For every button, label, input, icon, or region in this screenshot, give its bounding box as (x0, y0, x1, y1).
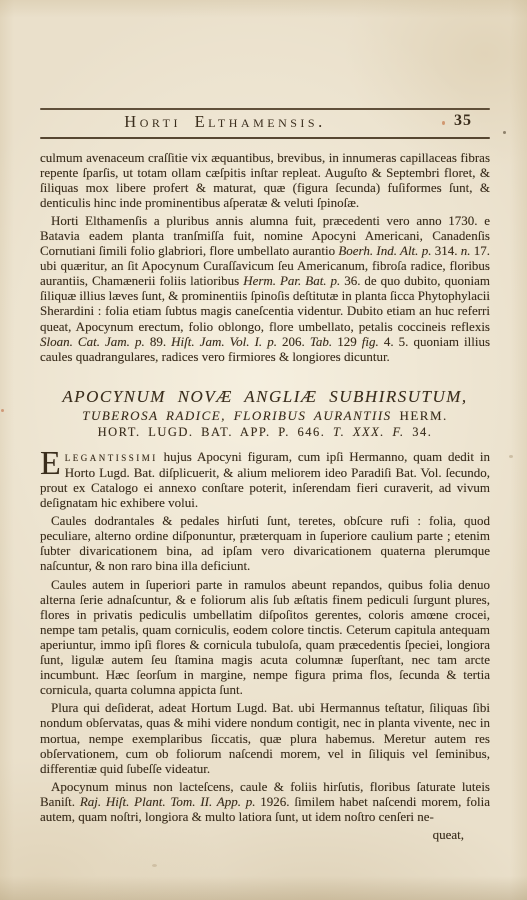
paper-speck (1, 409, 4, 412)
citation-text: Tab. (310, 334, 332, 349)
citation-text: Hiſt. Jam. Vol. I. p. (171, 334, 277, 349)
body-run: HERM. (399, 408, 447, 423)
paper-speck (509, 455, 513, 458)
body-text: culmum avenaceum craſſitie vix æquantibu… (40, 150, 490, 843)
species-heading-line: APOCYNUM NOVÆ ANGLIÆ SUBHIRSUTUM, (40, 387, 490, 406)
paragraph: Caules dodrantales & pedales hirſuti ſun… (40, 513, 490, 573)
paragraph: Plura qui deſiderat, adeat Hortum Lugd. … (40, 700, 490, 775)
body-run: Caules autem in ſuperiori parte in ramul… (40, 577, 490, 698)
paragraph: Elegantissimi hujus Apocyni figuram, cum… (40, 449, 490, 510)
text-block: Horti Elthamensis. 35 culmum avenaceum c… (40, 108, 490, 842)
citation-text: Boerh. Ind. Alt. p. (338, 243, 431, 258)
scanned-book-page: Horti Elthamensis. 35 culmum avenaceum c… (0, 0, 527, 900)
body-run: 206. (277, 334, 310, 349)
paper-speck (152, 864, 157, 867)
body-run: 89. (145, 334, 171, 349)
paragraph: Apocynum minus non lacteſcens, caule & f… (40, 779, 490, 824)
citation-text: Raj. Hiſt. Plant. Tom. II. App. p. (80, 794, 256, 809)
paragraph: culmum avenaceum craſſitie vix æquantibu… (40, 150, 490, 210)
citation-text: T. XXX. F. (333, 425, 405, 439)
small-caps-word: legantissimi (65, 450, 158, 464)
paragraph: Caules autem in ſuperiori parte in ramul… (40, 577, 490, 698)
running-head: Horti Elthamensis. 35 (40, 108, 490, 139)
citation-text: fig. (362, 334, 379, 349)
header-rule-bottom (40, 137, 490, 139)
body-run: Plura qui deſiderat, adeat Hortum Lugd. … (40, 700, 490, 775)
drop-cap: E (40, 449, 65, 477)
citation-text: TUBEROSA RADICE, FLORIBUS AURANTIIS (82, 408, 399, 423)
paragraph: Horti Elthamenſis a pluribus annis alumn… (40, 213, 490, 364)
body-run: 314. (431, 243, 460, 258)
citation-text: APOCYNUM NOVÆ ANGLIÆ SUBHIRSUTUM, (62, 387, 467, 406)
paper-speck (442, 121, 445, 125)
header-row: Horti Elthamensis. 35 (40, 111, 490, 135)
citation-text: n. (461, 243, 471, 258)
catchword: queat, (40, 827, 490, 842)
body-run: 129 (332, 334, 362, 349)
body-run: 34. (405, 425, 433, 439)
species-heading: APOCYNUM NOVÆ ANGLIÆ SUBHIRSUTUM,TUBEROS… (40, 387, 490, 439)
page-number: 35 (454, 112, 472, 130)
intro-paragraphs: culmum avenaceum craſſitie vix æquantibu… (40, 150, 490, 364)
species-paragraphs: Elegantissimi hujus Apocyni figuram, cum… (40, 449, 490, 824)
paper-speck (503, 131, 506, 134)
header-rule-top (40, 108, 490, 110)
body-run: Caules dodrantales & pedales hirſuti ſun… (40, 513, 490, 573)
species-heading-line: TUBEROSA RADICE, FLORIBUS AURANTIIS HERM… (40, 409, 490, 423)
citation-text: Herm. Par. Bat. p. (243, 273, 340, 288)
page-title: Horti Elthamensis. (40, 112, 410, 132)
species-heading-line: HORT. LUGD. BAT. APP. P. 646. T. XXX. F.… (40, 426, 490, 439)
body-run: HORT. LUGD. BAT. APP. P. 646. (98, 425, 333, 439)
citation-text: Sloan. Cat. Jam. p. (40, 334, 145, 349)
body-run: culmum avenaceum craſſitie vix æquantibu… (40, 150, 490, 210)
